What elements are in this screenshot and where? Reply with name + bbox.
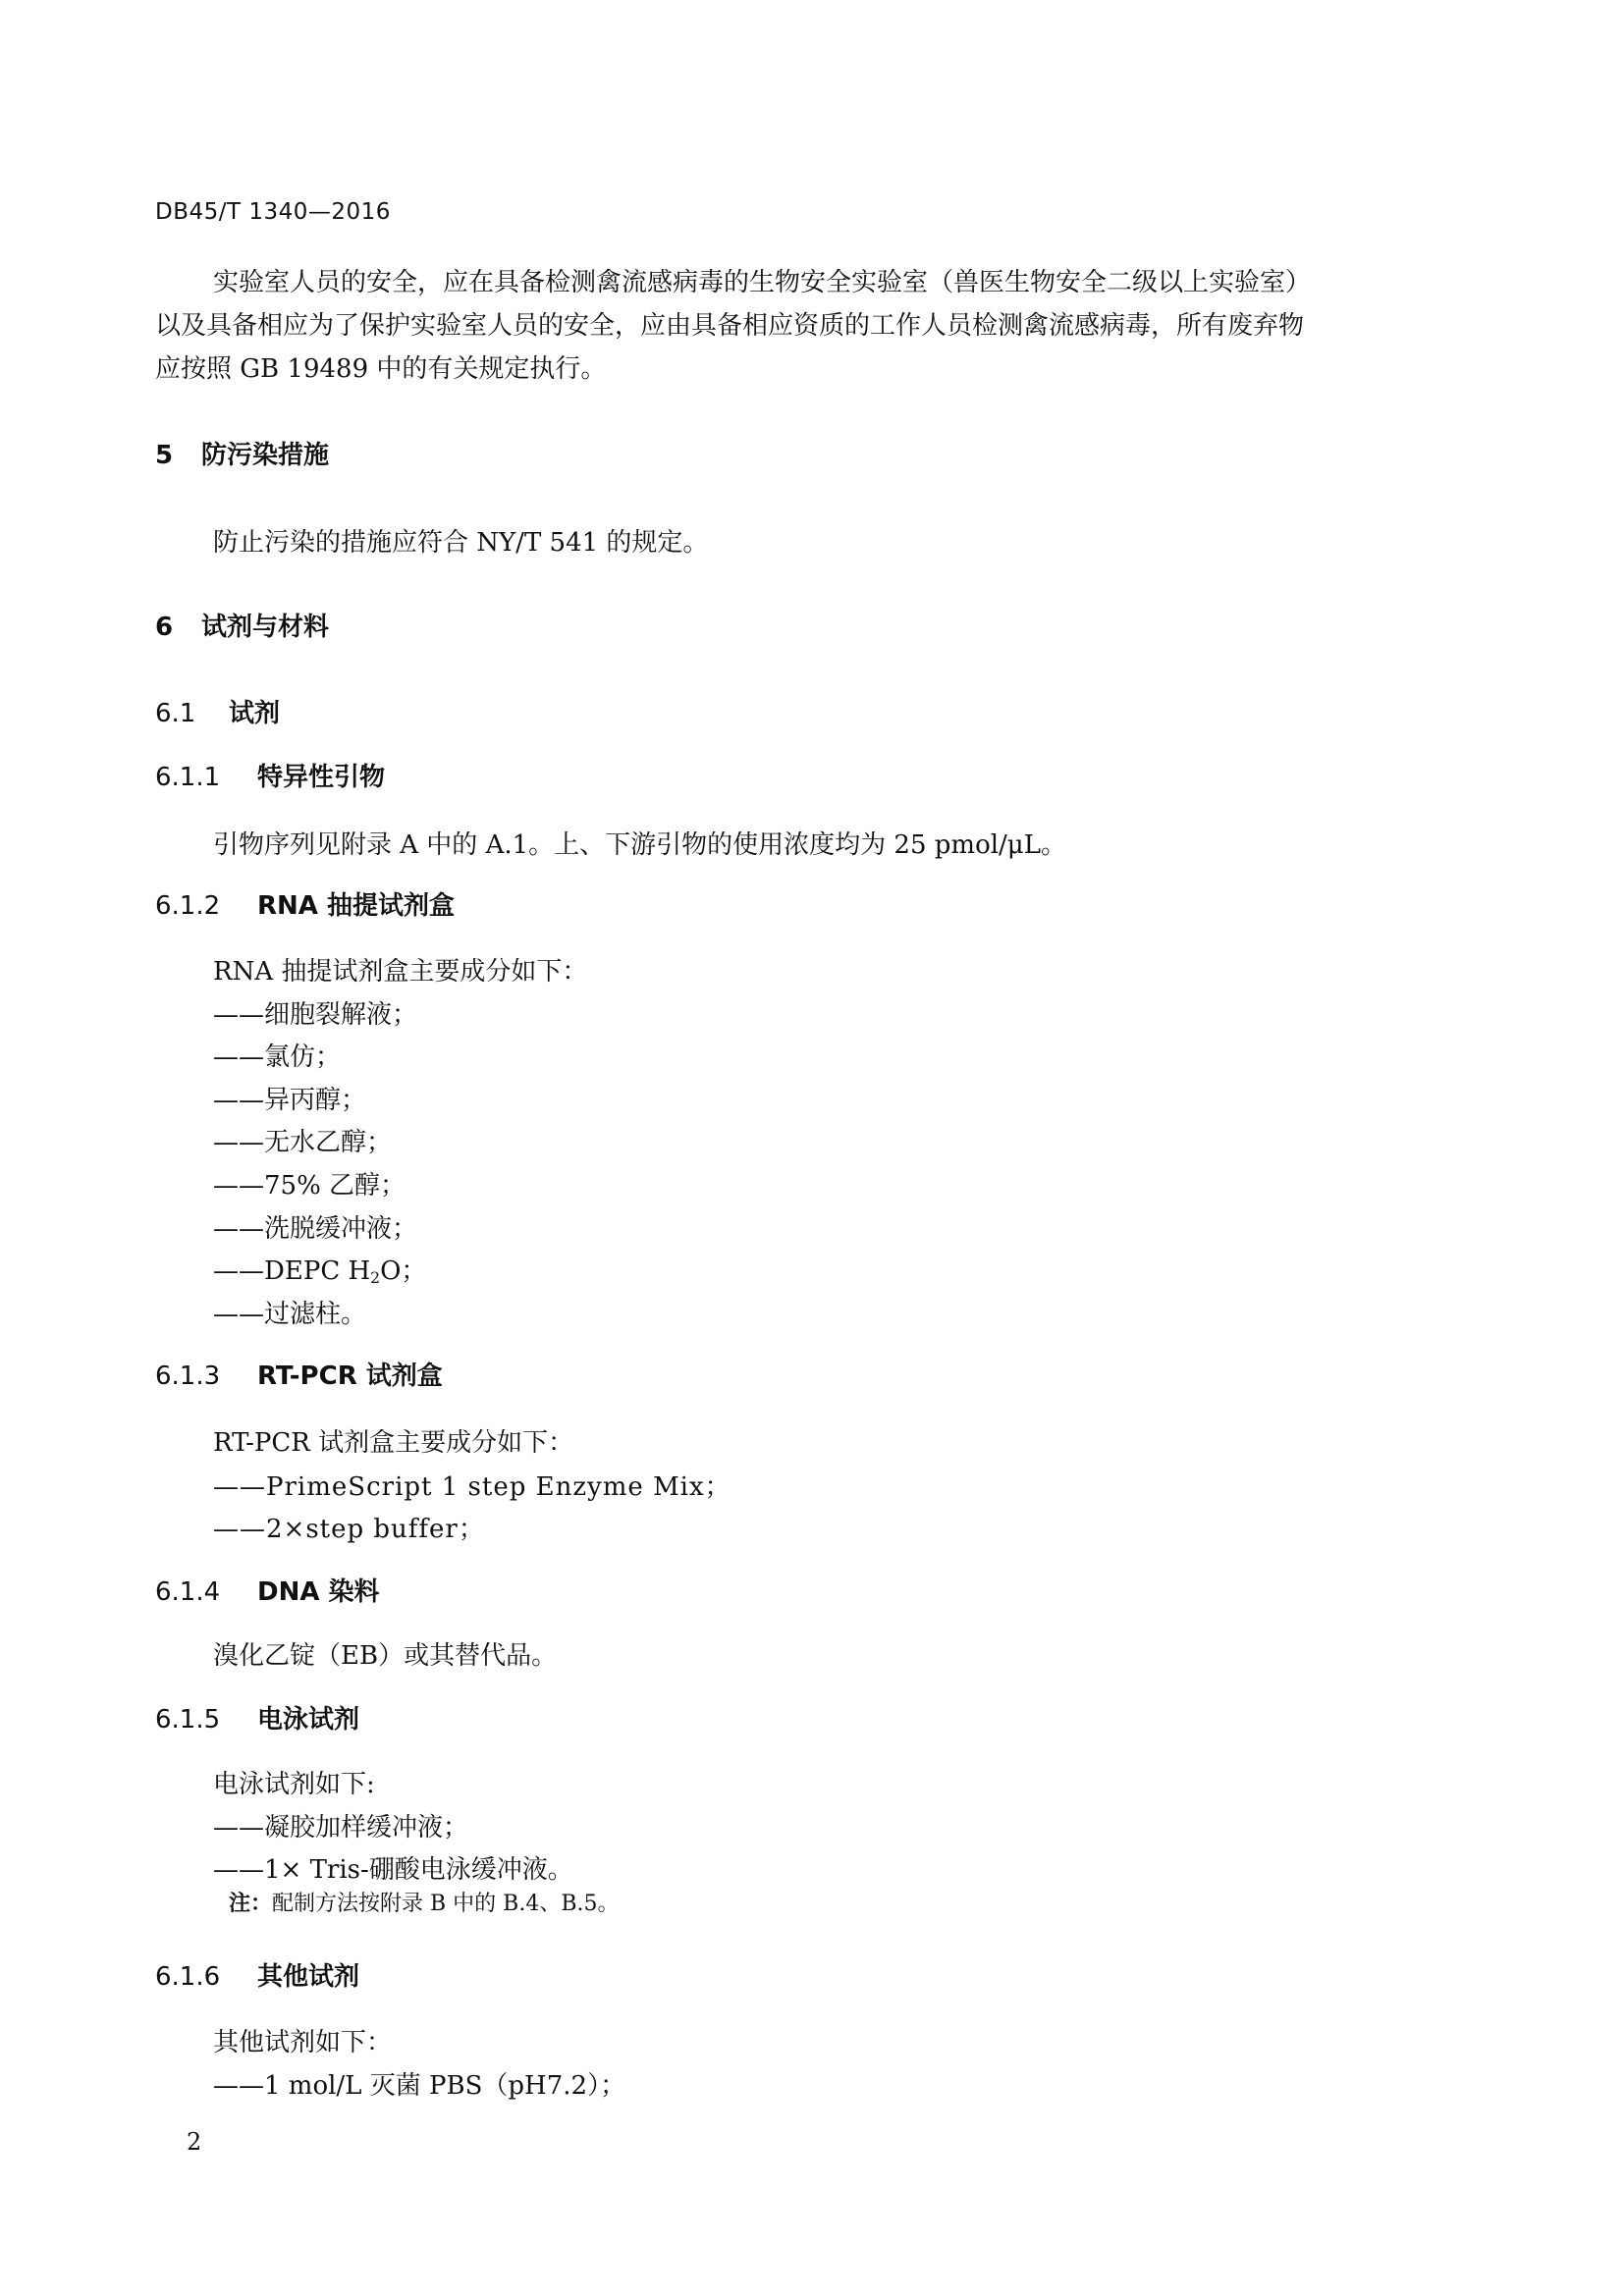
section-number: 5 — [155, 441, 201, 470]
electrophoresis-intro: 电泳试剂如下: — [213, 1763, 375, 1806]
list-item: ——氯仿； — [213, 1036, 341, 1079]
section-number: 6.1.2 — [155, 891, 257, 921]
intro-line-3: 应按照 GB 19489 中的有关规定执行。 — [155, 347, 606, 391]
document-page: DB45/T 1340—2016 实验室人员的安全，应在具备检测禽流感病毒的生物… — [0, 0, 1624, 2296]
list-item: ——细胞裂解液； — [213, 993, 417, 1037]
list-item: ——洗脱缓冲液； — [213, 1207, 417, 1251]
depc-suffix: O； — [380, 1256, 426, 1286]
section-title: 电泳试剂 — [257, 1705, 359, 1735]
section-6-1-4-heading: 6.1.4DNA 染料 — [155, 1572, 380, 1608]
section-number: 6.1.4 — [155, 1577, 257, 1607]
section-title: 防污染措施 — [201, 441, 329, 470]
list-item: ——2×step buffer； — [213, 1508, 485, 1551]
section-6-1-3-heading: 6.1.3RT-PCR 试剂盒 — [155, 1356, 443, 1392]
other-reagents-intro: 其他试剂如下： — [213, 2021, 392, 2064]
section-title: DNA 染料 — [257, 1577, 380, 1607]
section-title: 试剂 — [229, 699, 280, 728]
section-5-heading: 5防污染措施 — [155, 435, 329, 471]
section-6-1-2-heading: 6.1.2RNA 抽提试剂盒 — [155, 885, 455, 922]
rna-kit-intro: RNA 抽提试剂盒主要成分如下： — [213, 950, 587, 993]
list-item: ——无水乙醇； — [213, 1121, 392, 1164]
section-title: RT-PCR 试剂盒 — [257, 1362, 443, 1391]
list-item: ——过滤柱。 — [213, 1293, 366, 1336]
section-number: 6.1.5 — [155, 1705, 257, 1735]
intro-line-2: 以及具备相应为了保护实验室人员的安全，应由具备相应资质的工作人员检测禽流感病毒，… — [155, 304, 1304, 347]
note-text: 配制方法按附录 B 中的 B.4、B.5。 — [272, 1892, 619, 1916]
section-6-1-1-text: 引物序列见附录 A 中的 A.1。上、下游引物的使用浓度均为 25 pmol/μ… — [213, 824, 1066, 867]
section-title: RNA 抽提试剂盒 — [257, 891, 455, 921]
section-title: 其他试剂 — [257, 1962, 359, 1992]
document-header-id: DB45/T 1340—2016 — [155, 199, 391, 225]
section-6-1-1-heading: 6.1.1特异性引物 — [155, 757, 385, 793]
section-number: 6.1 — [155, 699, 229, 728]
note-label: 注： — [229, 1892, 272, 1916]
page-number: 2 — [187, 2128, 201, 2156]
list-item: ——1 mol/L 灭菌 PBS（pH7.2）； — [213, 2064, 625, 2108]
list-item: ——75% 乙醇； — [213, 1164, 406, 1207]
section-number: 6.1.1 — [155, 763, 257, 792]
list-item: ——PrimeScript 1 step Enzyme Mix； — [213, 1466, 731, 1509]
section-6-1-5-heading: 6.1.5电泳试剂 — [155, 1699, 359, 1735]
section-6-1-4-text: 溴化乙锭（EB）或其替代品。 — [213, 1634, 557, 1678]
section-6-1-heading: 6.1试剂 — [155, 693, 280, 729]
section-number: 6.1.6 — [155, 1962, 257, 1992]
section-6-heading: 6试剂与材料 — [155, 607, 329, 643]
electrophoresis-note: 注：配制方法按附录 B 中的 B.4、B.5。 — [229, 1887, 619, 1917]
section-title: 试剂与材料 — [201, 613, 329, 642]
section-6-1-6-heading: 6.1.6其他试剂 — [155, 1956, 359, 1993]
intro-line-1: 实验室人员的安全，应在具备检测禽流感病毒的生物安全实验室（兽医生物安全二级以上实… — [213, 261, 1311, 304]
subscript: 2 — [370, 1269, 380, 1287]
list-item: ——凝胶加样缓冲液； — [213, 1806, 468, 1849]
section-title: 特异性引物 — [257, 763, 385, 792]
section-number: 6.1.3 — [155, 1362, 257, 1391]
list-item: ——异丙醇； — [213, 1079, 366, 1122]
section-5-text: 防止污染的措施应符合 NY/T 541 的规定。 — [213, 521, 708, 564]
rtpcr-kit-intro: RT-PCR 试剂盒主要成分如下： — [213, 1421, 573, 1465]
section-number: 6 — [155, 613, 201, 642]
list-item: ——1× Tris-硼酸电泳缓冲液。 — [213, 1848, 573, 1892]
depc-prefix: ——DEPC H — [213, 1256, 370, 1286]
